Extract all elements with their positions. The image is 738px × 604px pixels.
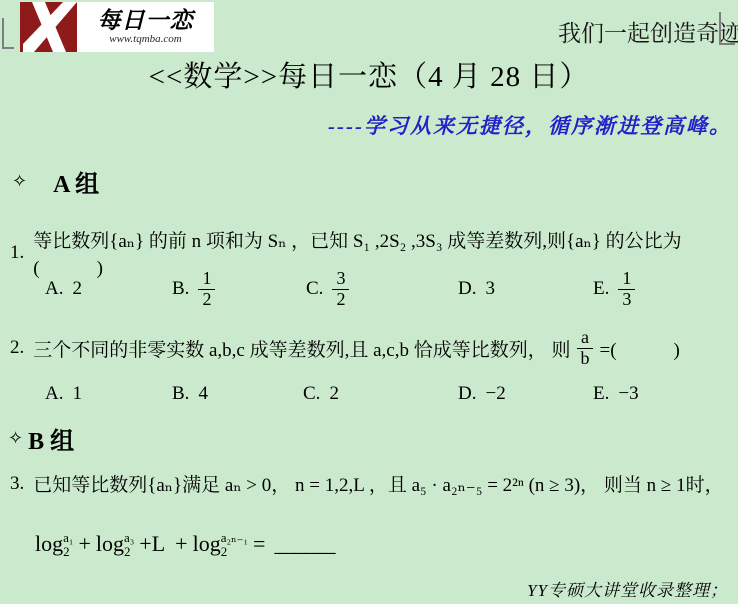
log-base: 2 bbox=[221, 545, 228, 559]
log-term-3: log a₂ₙ₋₁ 2 bbox=[193, 530, 248, 557]
option-b-fraction: 1 2 bbox=[198, 269, 215, 310]
log-exponent: a₁ bbox=[63, 531, 73, 545]
log-supsub: a₃ 2 bbox=[124, 531, 134, 558]
option-b-label: B. bbox=[172, 383, 189, 405]
right-corner-bracket bbox=[719, 12, 735, 45]
section-b-label: B 组 bbox=[28, 421, 74, 456]
section-a-heading: ✧ A 组 bbox=[12, 164, 99, 199]
question-3: 3. 已知等比数列{aₙ}满足 aₙ > 0， n = 1,2,L ，且 a₅ … bbox=[10, 470, 732, 497]
brand-mark-icon bbox=[20, 2, 77, 52]
answer-blank: ______ bbox=[274, 531, 334, 557]
log-term-2: log a₃ 2 bbox=[96, 530, 134, 557]
fraction-numerator: 1 bbox=[198, 269, 215, 290]
log-exponent: a₂ₙ₋₁ bbox=[221, 531, 248, 545]
option-e-fraction: 1 3 bbox=[618, 269, 635, 310]
section-a-label: A 组 bbox=[53, 164, 99, 199]
ellipsis: +L bbox=[139, 531, 165, 557]
option-a-value: 2 bbox=[72, 278, 82, 300]
footer-credit: YY专硕大讲堂收录整理； bbox=[527, 576, 728, 601]
option-d: D. −2 bbox=[458, 378, 506, 410]
option-a-value: 1 bbox=[72, 383, 82, 405]
option-c: C. 3 2 bbox=[306, 262, 349, 316]
plus-sign: + bbox=[78, 531, 90, 557]
log-word: log bbox=[35, 531, 63, 557]
option-e: E. 1 3 bbox=[593, 262, 635, 316]
question-2-options: A. 1 B. 4 C. 2 D. −2 E. −3 bbox=[0, 378, 738, 410]
option-d-value: 3 bbox=[485, 278, 495, 300]
option-e: E. −3 bbox=[593, 378, 639, 410]
option-c-value: 2 bbox=[329, 383, 339, 405]
question-3-text: 已知等比数列{aₙ}满足 aₙ > 0， n = 1,2,L ，且 a₅ · a… bbox=[33, 470, 723, 497]
log-exponent: a₃ bbox=[124, 531, 134, 545]
section-b-heading: ✧ B 组 bbox=[8, 421, 74, 456]
option-a-label: A. bbox=[45, 278, 63, 300]
log-term-1: log a₁ 2 bbox=[35, 530, 73, 557]
question-2-number: 2. bbox=[10, 337, 24, 359]
fraction-denominator: 3 bbox=[618, 290, 635, 310]
option-a-label: A. bbox=[45, 383, 63, 405]
log-word: log bbox=[96, 531, 124, 557]
brand-logo-text-box: 每日一恋 www.tqmba.com bbox=[77, 2, 214, 52]
option-d: D. 3 bbox=[458, 262, 495, 316]
question-1-number: 1. bbox=[10, 242, 24, 264]
header-slogan: 我们一起创造奇迹 bbox=[558, 15, 738, 48]
option-e-label: E. bbox=[593, 383, 609, 405]
diamond-icon: ✧ bbox=[12, 171, 27, 192]
fraction-denominator: 2 bbox=[198, 290, 215, 310]
question-3-number: 3. bbox=[10, 473, 24, 495]
log-base: 2 bbox=[124, 545, 131, 559]
question-2-text: 三个不同的非零实数 a,b,c 成等差数列,且 a,c,b 恰成等比数列， 则 bbox=[33, 335, 570, 362]
log-word: log bbox=[193, 531, 221, 557]
option-a: A. 2 bbox=[45, 262, 82, 316]
fraction-numerator: 1 bbox=[618, 269, 635, 290]
brand-logo-calligraphy: 每日一恋 bbox=[98, 9, 194, 33]
option-a: A. 1 bbox=[45, 378, 82, 410]
option-b: B. 4 bbox=[172, 378, 208, 410]
question-2: 2. 三个不同的非零实数 a,b,c 成等差数列,且 a,c,b 恰成等比数列，… bbox=[10, 324, 732, 372]
option-c-fraction: 3 2 bbox=[332, 269, 349, 310]
option-c-label: C. bbox=[306, 278, 323, 300]
log-supsub: a₁ 2 bbox=[63, 531, 73, 558]
option-b: B. 1 2 bbox=[172, 262, 215, 316]
brand-logo-url: www.tqmba.com bbox=[109, 34, 182, 45]
option-b-label: B. bbox=[172, 278, 189, 300]
diamond-icon: ✧ bbox=[8, 428, 23, 449]
question-1-options: A. 2 B. 1 2 C. 3 2 D. 3 E. 1 3 bbox=[0, 262, 738, 316]
option-b-value: 4 bbox=[198, 383, 208, 405]
option-e-value: −3 bbox=[618, 383, 638, 405]
option-c: C. 2 bbox=[303, 378, 339, 410]
worksheet-page: 每日一恋 www.tqmba.com 我们一起创造奇迹 <<数学>>每日一恋（4… bbox=[0, 0, 738, 604]
option-d-label: D. bbox=[458, 278, 476, 300]
left-corner-bracket bbox=[2, 18, 14, 49]
motto-line: ----学习从来无捷径，循序渐进登高峰。 bbox=[0, 110, 732, 140]
plus-sign: + bbox=[175, 531, 187, 557]
log-base: 2 bbox=[63, 545, 70, 559]
question-2-text-after: =( ) bbox=[599, 335, 679, 362]
option-d-label: D. bbox=[458, 383, 476, 405]
fraction-numerator: 3 bbox=[332, 269, 349, 290]
fraction-denominator: 2 bbox=[332, 290, 349, 310]
equals-sign: = bbox=[253, 531, 265, 557]
option-d-value: −2 bbox=[485, 383, 505, 405]
question-2-fraction: a b bbox=[576, 328, 593, 369]
option-c-label: C. bbox=[303, 383, 320, 405]
question-3-formula: log a₁ 2 + log a₃ 2 +L + log a₂ₙ₋₁ 2 = _… bbox=[35, 522, 334, 566]
page-title: <<数学>>每日一恋（4 月 28 日） bbox=[0, 54, 738, 95]
fraction-numerator: a bbox=[577, 328, 593, 349]
log-supsub: a₂ₙ₋₁ 2 bbox=[221, 531, 248, 558]
brand-logo: 每日一恋 www.tqmba.com bbox=[20, 2, 214, 52]
fraction-denominator: b bbox=[576, 349, 593, 369]
option-e-label: E. bbox=[593, 278, 609, 300]
